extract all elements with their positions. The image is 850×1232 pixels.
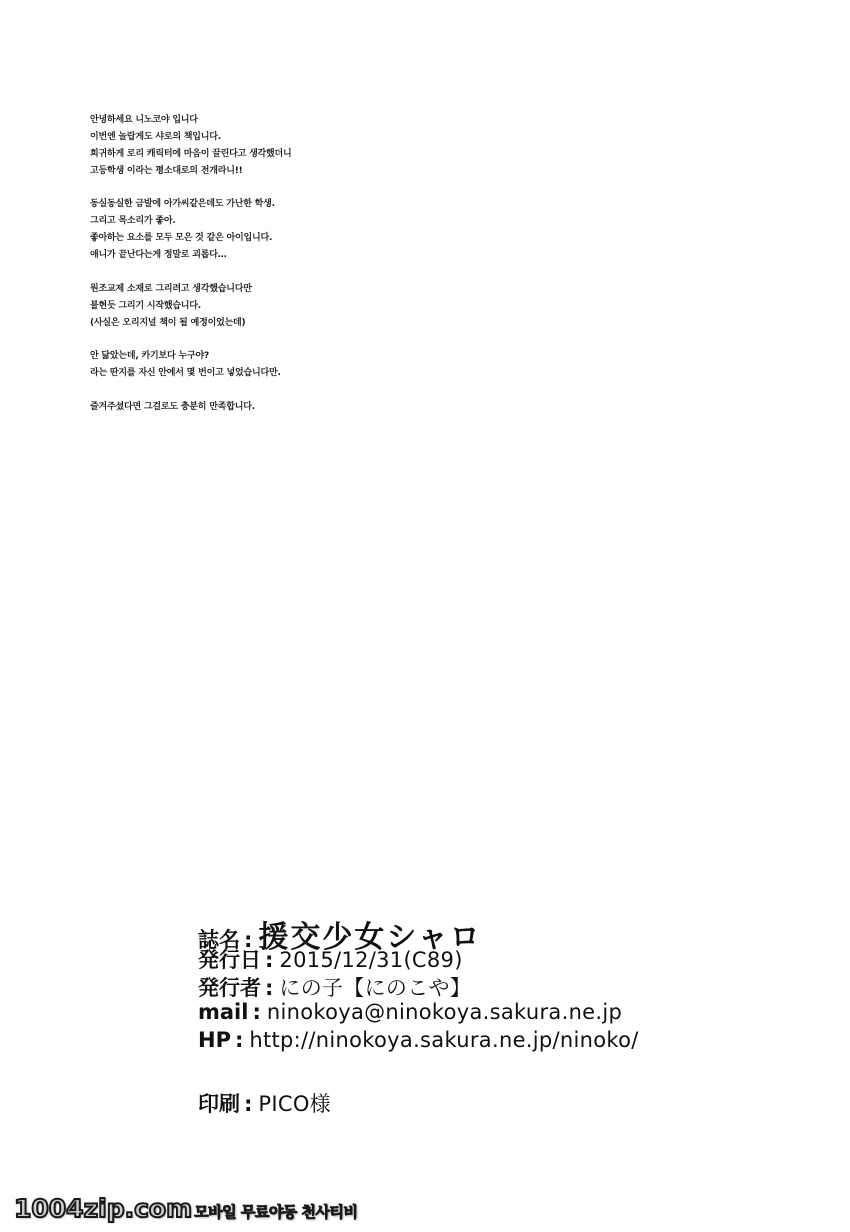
printer-name: PICO様 bbox=[258, 1088, 331, 1118]
afterword-text: 안녕하세요 니노코야 입니다 이번엔 놀랍게도 샤로의 책입니다. 희귀하게 로… bbox=[90, 112, 410, 416]
separator: : bbox=[265, 976, 273, 1000]
afterword-line: 즐겨주셨다면 그걸로도 충분히 만족합니다. bbox=[90, 399, 410, 416]
watermark: 1004zip.com 모바일 무료야동 천사티비 bbox=[14, 1194, 357, 1223]
mail-address: ninokoya@ninokoya.sakura.ne.jp bbox=[267, 1000, 622, 1024]
paragraph-gap bbox=[90, 264, 410, 281]
print-label: 印刷 bbox=[198, 1088, 240, 1118]
publisher-name: にの子【にのこや】 bbox=[279, 972, 471, 1002]
watermark-tagline: 모바일 무료야동 천사티비 bbox=[194, 1201, 357, 1222]
date-label: 発行日 bbox=[198, 944, 261, 974]
afterword-line: 라는 딴지를 자신 안에서 몇 번이고 넣었습니다만. bbox=[90, 365, 410, 382]
separator: : bbox=[235, 1028, 243, 1052]
colophon-date-row: 発行日 : 2015/12/31(C89) bbox=[198, 944, 818, 972]
colophon-hp-row: HP : http://ninokoya.sakura.ne.jp/ninoko… bbox=[198, 1028, 818, 1056]
afterword-line: 애니가 끝난다는게 정말로 괴롭다… bbox=[90, 247, 410, 264]
watermark-site: 1004zip.com bbox=[14, 1194, 192, 1223]
colophon: 誌名 : 援交少女シャロ 発行日 : 2015/12/31(C89) 発行者 :… bbox=[198, 912, 818, 1116]
colophon-print-row: 印刷 : PICO様 bbox=[198, 1088, 818, 1116]
afterword-line: 고등학생 이라는 평소대로의 전개라니!! bbox=[90, 163, 410, 180]
publisher-label: 発行者 bbox=[198, 972, 261, 1002]
afterword-line: 원조교제 소재로 그리려고 생각했습니다만 bbox=[90, 281, 410, 298]
separator: : bbox=[265, 948, 273, 972]
homepage-url: http://ninokoya.sakura.ne.jp/ninoko/ bbox=[249, 1028, 638, 1052]
afterword-line: (사실은 오리지널 책이 될 예정이었는데) bbox=[90, 315, 410, 332]
colophon-publisher-row: 発行者 : にの子【にのこや】 bbox=[198, 972, 818, 1000]
mail-label: mail bbox=[198, 1000, 248, 1024]
colophon-title-row: 誌名 : 援交少女シャロ bbox=[198, 912, 818, 944]
afterword-line: 그리고 목소리가 좋아. bbox=[90, 213, 410, 230]
separator: : bbox=[244, 1092, 252, 1116]
paragraph-gap bbox=[90, 332, 410, 349]
paragraph-gap bbox=[90, 382, 410, 399]
publish-date: 2015/12/31(C89) bbox=[279, 948, 462, 972]
afterword-line: 이번엔 놀랍게도 샤로의 책입니다. bbox=[90, 129, 410, 146]
afterword-line: 좋아하는 요소를 모두 모은 것 같은 아이입니다. bbox=[90, 230, 410, 247]
paragraph-gap bbox=[90, 180, 410, 197]
hp-label: HP bbox=[198, 1028, 231, 1052]
afterword-line: 안 닮았는데, 카기보다 누구야? bbox=[90, 348, 410, 365]
afterword-line: 희귀하게 로리 캐릭터에 마음이 끌린다고 생각했더니 bbox=[90, 146, 410, 163]
afterword-line: 불현듯 그리기 시작했습니다. bbox=[90, 298, 410, 315]
afterword-line: 안녕하세요 니노코야 입니다 bbox=[90, 112, 410, 129]
afterword-line: 동실동실한 금발에 아가씨같은데도 가난한 학생. bbox=[90, 196, 410, 213]
separator: : bbox=[252, 1000, 260, 1024]
colophon-mail-row: mail : ninokoya@ninokoya.sakura.ne.jp bbox=[198, 1000, 818, 1028]
